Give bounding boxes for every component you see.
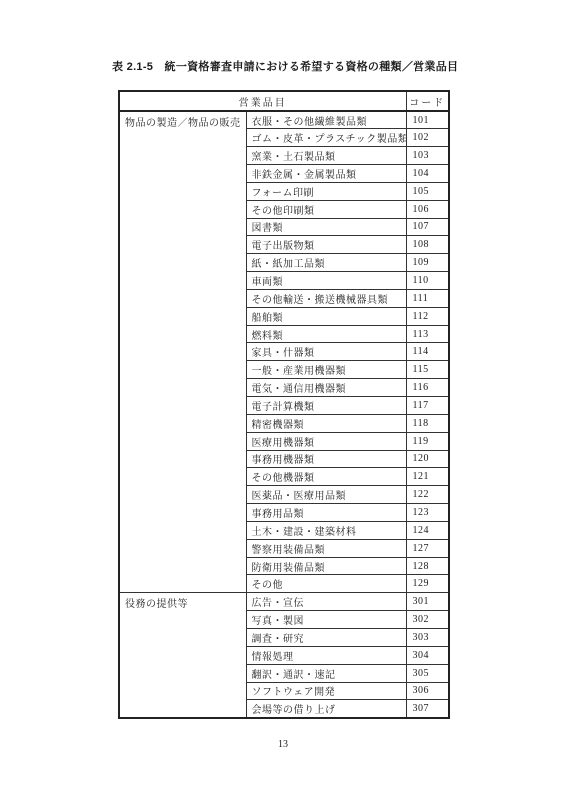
- item-code-cell: 116: [406, 379, 449, 397]
- item-name-cell: 広告・宣伝: [246, 593, 406, 611]
- item-code-cell: 118: [406, 414, 449, 432]
- item-name-cell: フォーム印刷: [246, 182, 406, 200]
- item-name-cell: 防衛用装備品類: [246, 557, 406, 575]
- item-name-cell: その他印刷類: [246, 200, 406, 218]
- item-code-cell: 304: [406, 646, 449, 664]
- item-code-cell: 102: [406, 129, 449, 147]
- item-code-cell: 114: [406, 343, 449, 361]
- table-caption: 表 2.1-5 統一資格審査申請における希望する資格の種類／営業品目: [112, 58, 458, 74]
- item-name-cell: 翻訳・通訳・速記: [246, 664, 406, 682]
- item-code-cell: 115: [406, 361, 449, 379]
- business-item-code-table: 営業品目 コード 物品の製造／物品の販売衣服・その他繊維製品類101ゴム・皮革・…: [118, 90, 450, 719]
- item-name-cell: 土木・建設・建築材料: [246, 521, 406, 539]
- item-code-cell: 128: [406, 557, 449, 575]
- table-row: 役務の提供等広告・宣伝301: [119, 593, 449, 611]
- item-name-cell: 一般・産業用機器類: [246, 361, 406, 379]
- item-name-cell: 船舶類: [246, 307, 406, 325]
- item-name-cell: ソフトウェア開発: [246, 682, 406, 700]
- item-code-cell: 306: [406, 682, 449, 700]
- item-name-cell: 精密機器類: [246, 414, 406, 432]
- item-code-cell: 105: [406, 182, 449, 200]
- item-code-cell: 302: [406, 611, 449, 629]
- header-item-column: 営業品目: [119, 91, 406, 111]
- item-code-cell: 113: [406, 325, 449, 343]
- item-code-cell: 109: [406, 254, 449, 272]
- item-code-cell: 303: [406, 628, 449, 646]
- item-name-cell: 警察用装備品類: [246, 539, 406, 557]
- item-code-cell: 127: [406, 539, 449, 557]
- item-name-cell: その他機器類: [246, 468, 406, 486]
- header-row: 営業品目 コード: [119, 91, 449, 111]
- item-name-cell: 図書類: [246, 218, 406, 236]
- item-code-cell: 117: [406, 397, 449, 415]
- category-cell: 物品の製造／物品の販売: [119, 111, 246, 593]
- item-name-cell: 電気・通信用機器類: [246, 379, 406, 397]
- item-code-cell: 108: [406, 236, 449, 254]
- item-code-cell: 112: [406, 307, 449, 325]
- item-name-cell: 車両類: [246, 272, 406, 290]
- item-name-cell: 紙・紙加工品類: [246, 254, 406, 272]
- document-page: 表 2.1-5 統一資格審査申請における希望する資格の種類／営業品目 営業品目 …: [0, 0, 566, 800]
- item-code-cell: 110: [406, 272, 449, 290]
- item-code-cell: 307: [406, 700, 449, 718]
- item-name-cell: 情報処理: [246, 646, 406, 664]
- item-name-cell: ゴム・皮革・プラスチック製品類: [246, 129, 406, 147]
- item-name-cell: 会場等の借り上げ: [246, 700, 406, 718]
- item-name-cell: その他輸送・搬送機械器具類: [246, 289, 406, 307]
- item-code-cell: 123: [406, 504, 449, 522]
- page-number: 13: [0, 739, 566, 750]
- item-name-cell: 医療用機器類: [246, 432, 406, 450]
- item-name-cell: 事務用品類: [246, 504, 406, 522]
- item-name-cell: 事務用機器類: [246, 450, 406, 468]
- item-code-cell: 122: [406, 486, 449, 504]
- item-name-cell: 燃料類: [246, 325, 406, 343]
- table-row: 物品の製造／物品の販売衣服・その他繊維製品類101: [119, 111, 449, 129]
- item-code-cell: 121: [406, 468, 449, 486]
- item-name-cell: 医薬品・医療用品類: [246, 486, 406, 504]
- category-cell: 役務の提供等: [119, 593, 246, 718]
- item-name-cell: 非鉄金属・金属製品類: [246, 165, 406, 183]
- item-code-cell: 107: [406, 218, 449, 236]
- item-code-cell: 120: [406, 450, 449, 468]
- item-code-cell: 129: [406, 575, 449, 593]
- item-name-cell: 家具・什器類: [246, 343, 406, 361]
- item-code-cell: 124: [406, 521, 449, 539]
- item-name-cell: 電子計算機類: [246, 397, 406, 415]
- item-code-cell: 305: [406, 664, 449, 682]
- table-body: 物品の製造／物品の販売衣服・その他繊維製品類101ゴム・皮革・プラスチック製品類…: [119, 111, 449, 718]
- item-name-cell: その他: [246, 575, 406, 593]
- item-code-cell: 104: [406, 165, 449, 183]
- item-code-cell: 119: [406, 432, 449, 450]
- item-code-cell: 301: [406, 593, 449, 611]
- header-code-column: コード: [406, 91, 449, 111]
- item-code-cell: 103: [406, 147, 449, 165]
- item-code-cell: 101: [406, 111, 449, 129]
- item-name-cell: 調査・研究: [246, 628, 406, 646]
- item-name-cell: 衣服・その他繊維製品類: [246, 111, 406, 129]
- item-name-cell: 写真・製図: [246, 611, 406, 629]
- item-code-cell: 111: [406, 289, 449, 307]
- item-name-cell: 電子出版物類: [246, 236, 406, 254]
- item-code-cell: 106: [406, 200, 449, 218]
- item-name-cell: 窯業・土石製品類: [246, 147, 406, 165]
